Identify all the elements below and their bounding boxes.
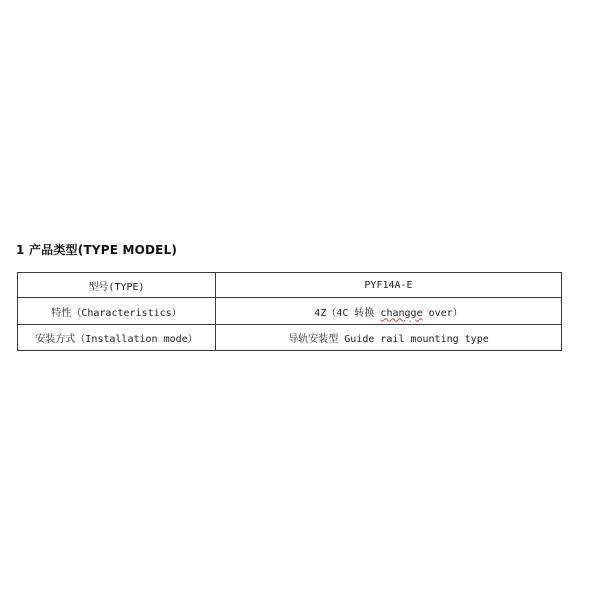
- value-suffix: over）: [423, 308, 463, 319]
- product-type-table: 型号(TYPE) PYF14A-E 特性（Characteristics） 4Z…: [17, 272, 562, 351]
- row-value: PYF14A-E: [216, 273, 562, 298]
- row-label: 特性（Characteristics）: [18, 298, 216, 325]
- row-label: 型号(TYPE): [18, 273, 216, 298]
- table-row: 安装方式（Installation mode） 导轨安装型 Guide rail…: [18, 325, 562, 351]
- value-prefix: 4Z（4C 转换: [314, 308, 380, 319]
- section-title: 产品类型(TYPE MODEL): [29, 243, 177, 257]
- table-row: 型号(TYPE) PYF14A-E: [18, 273, 562, 298]
- section-number: 1: [16, 243, 25, 257]
- table-row: 特性（Characteristics） 4Z（4C 转换 changge ove…: [18, 298, 562, 325]
- row-value: 导轨安装型 Guide rail mounting type: [216, 325, 562, 351]
- spellcheck-word: changge: [380, 308, 422, 319]
- row-value: 4Z（4C 转换 changge over）: [216, 298, 562, 325]
- row-label: 安装方式（Installation mode）: [18, 325, 216, 351]
- section-heading: 1 产品类型(TYPE MODEL): [16, 241, 177, 258]
